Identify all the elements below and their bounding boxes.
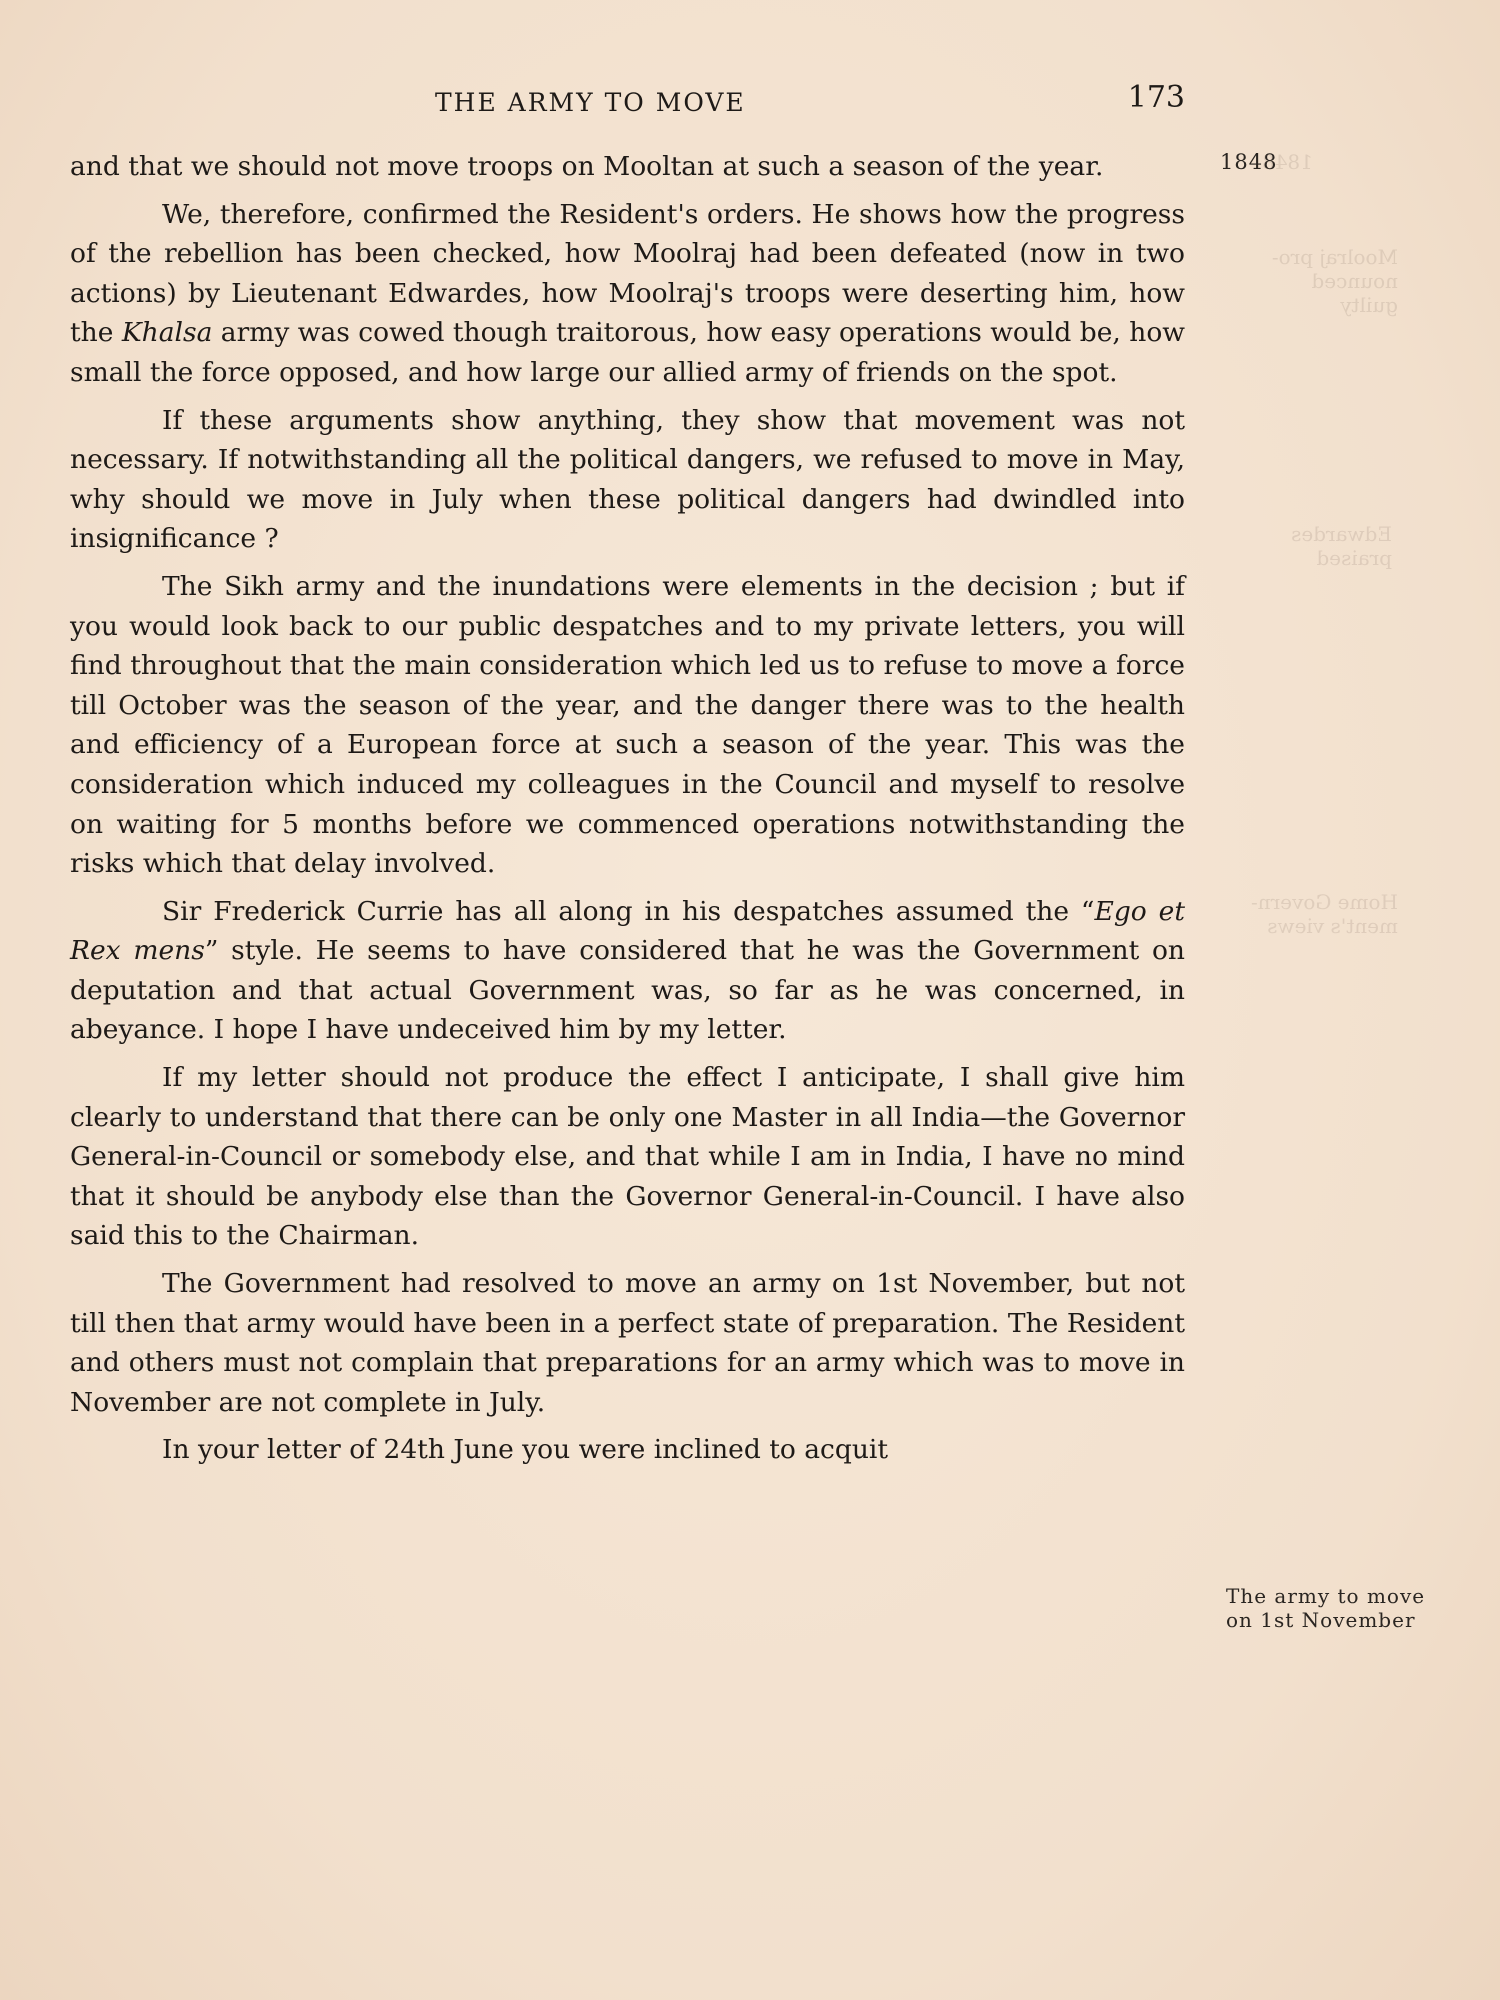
paragraph: The Sikh army and the inundations were e… [70,567,1185,884]
running-title: THE ARMY TO MOVE [435,88,746,117]
bleed-through-note: Moolraj pro-nounced guilty [1248,245,1398,317]
body-text: and that we should not move troops on Mo… [70,147,1185,1478]
margin-note-army-to-move: The army to move on 1st November [1226,1584,1426,1632]
paragraph: Sir Frederick Currie has all along in hi… [70,892,1185,1050]
paragraph: In your letter of 24th June you were inc… [70,1430,1185,1470]
page-number: 173 [1128,80,1185,115]
paragraph: The Government had resolved to move an a… [70,1264,1185,1422]
bleed-through-note: Home Govern-ment's views [1248,890,1398,938]
italic-term: Khalsa [122,317,213,348]
paragraph: If my letter should not produce the effe… [70,1058,1185,1256]
book-page: THE ARMY TO MOVE 173 1848 The army to mo… [0,0,1500,2000]
paragraph: We, therefore, confirmed the Resident's … [70,195,1185,393]
bleed-through-note: Edwardespraised [1262,522,1392,570]
bleed-through-year: 1848 [1262,150,1313,174]
paragraph: If these arguments show anything, they s… [70,401,1185,559]
paragraph: and that we should not move troops on Mo… [70,147,1185,187]
running-head: THE ARMY TO MOVE 173 [70,86,1185,126]
